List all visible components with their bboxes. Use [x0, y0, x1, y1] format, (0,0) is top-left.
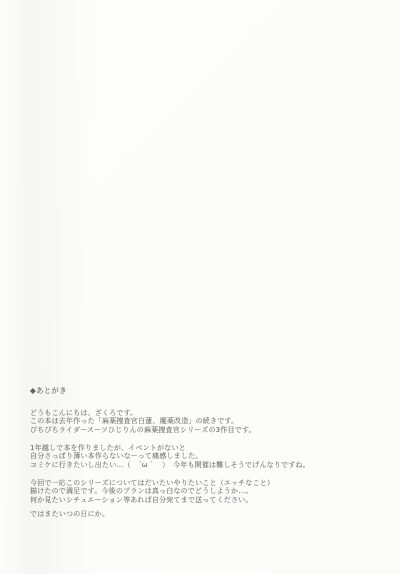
afterword-line: 何か見たいシチュエーション等あれば自分宛てまで送ってください。 [30, 496, 370, 505]
afterword-heading: ◆あとがき [30, 387, 370, 396]
afterword-line: ぴちぴちライダースーツひじりんの麻薬捜査官シリーズの3作目です。 [30, 426, 370, 435]
scanned-page: ◆あとがき どうもこんにちは、ざくろです。 この本は去年作った「麻薬捜査官白蓮、… [0, 0, 400, 574]
afterword-line: 今回で一応このシリーズについてはだいたいやりたいこと（エッチなこと） [30, 479, 370, 488]
afterword-closing-line: ではまたいつの日にか。 [30, 510, 370, 519]
afterword-line: コミケに行きたいし出たい…（ ´ω｀ ） 今年も開催は難しそうでげんなりですね。 [30, 461, 370, 470]
afterword-line: この本は去年作った「麻薬捜査官白蓮、魔薬改造」の続きです。 [30, 417, 370, 426]
afterword-block: ◆あとがき どうもこんにちは、ざくろです。 この本は去年作った「麻薬捜査官白蓮、… [30, 387, 370, 528]
afterword-line: どうもこんにちは、ざくろです。 [30, 409, 370, 418]
afterword-line: 描けたので満足です。今後のプランは真っ白なのでどうしようか…。 [30, 487, 370, 496]
afterword-line: 自分さっぱり薄い本作らないなーって痛感しました。 [30, 452, 370, 461]
afterword-line: 1年越しで本を作りましたが、イベントがないと [30, 444, 370, 453]
